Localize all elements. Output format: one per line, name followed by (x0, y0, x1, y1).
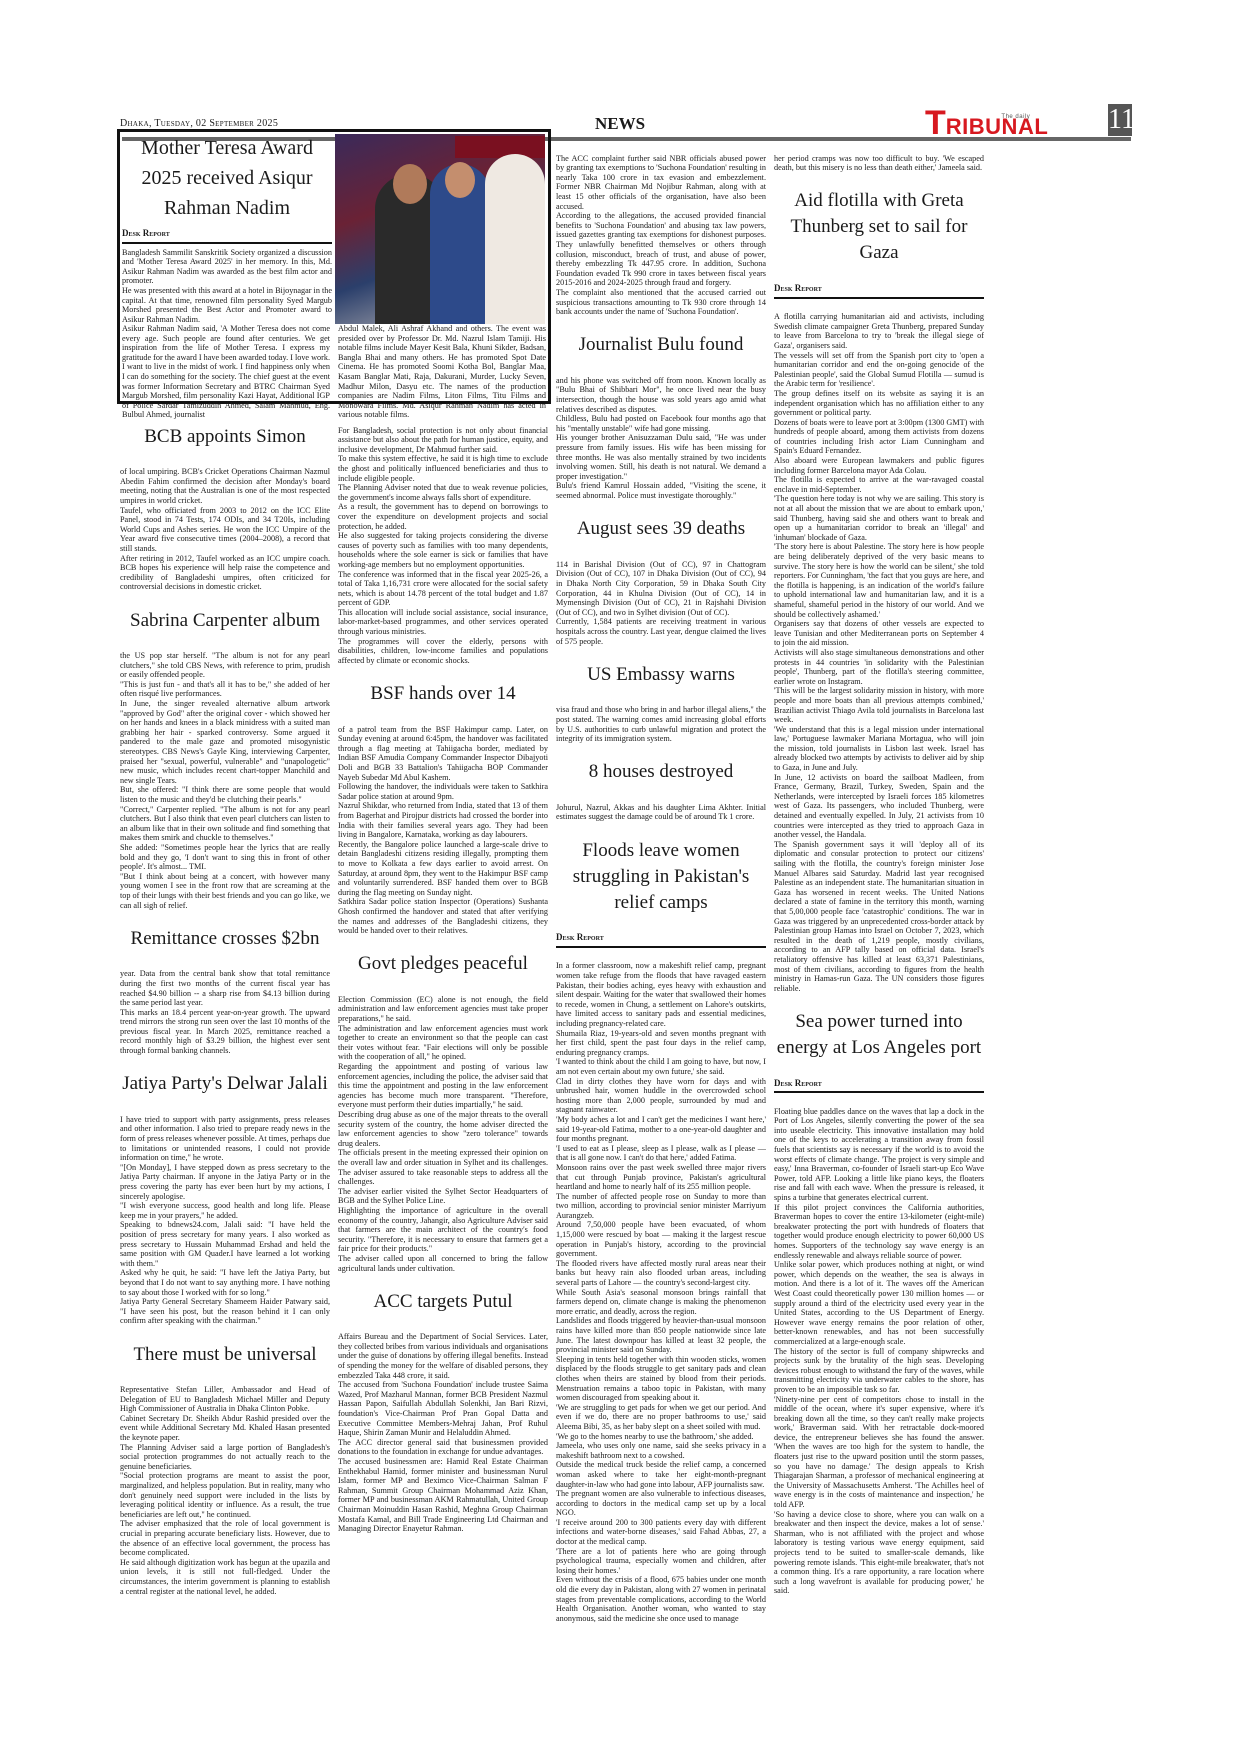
masthead-logo: T The dailyRIBUNAL (925, 104, 1048, 138)
column-2: For Bangladesh, social protection is not… (338, 416, 548, 1626)
featured-article-cont2: Abdul Malek, Ali Ashraf Akhand and other… (338, 324, 546, 420)
article-body: visa fraud and those who bring in and ha… (556, 705, 766, 743)
headline: August sees 39 deaths (556, 516, 766, 542)
logo-initial: T (925, 108, 946, 138)
article-body: year. Data from the central bank show th… (120, 969, 330, 1055)
section-title: NEWS (595, 114, 645, 134)
page-number: 11 (1108, 104, 1132, 136)
logo-tagline: The daily (1001, 106, 1030, 128)
headline: Sea power turned into energy at Los Ange… (774, 1009, 984, 1061)
article-body: her period cramps was now too difficult … (774, 154, 984, 173)
article-body: A flotilla carrying humanitarian aid and… (774, 312, 984, 993)
logo-wordmark: The dailyRIBUNAL (946, 116, 1049, 138)
headline: Mother Teresa Award 2025 received Asiqur… (122, 133, 332, 223)
article-body: Affairs Bureau and the Department of Soc… (338, 1332, 548, 1533)
article-body: Johurul, Nazrul, Akkas and his daughter … (556, 803, 766, 822)
photo-figure (485, 154, 545, 324)
article-body: 114 in Barishal Division (Out of CC), 97… (556, 560, 766, 646)
issue-date: Dhaka, Tuesday, 02 September 2025 (120, 118, 278, 129)
headline: ACC targets Putul (338, 1289, 548, 1315)
photo-banner (455, 136, 545, 158)
article-body: Floating blue paddles dance on the waves… (774, 1107, 984, 1596)
article-body: of a patrol team from the BSF Hakimpur c… (338, 725, 548, 936)
featured-article-cont: Asikur Rahman Nadim said, 'A Mother Tere… (122, 324, 330, 420)
paragraph: Bangladesh Sammilit Sanskritik Society o… (122, 248, 332, 286)
column-3: The ACC complaint further said NBR offic… (556, 144, 766, 1629)
byline: Desk Report (122, 229, 332, 244)
headline: There must be universal (120, 1342, 330, 1368)
article-body: Election Commission (EC) alone is not en… (338, 995, 548, 1273)
byline: Desk Report (556, 933, 766, 948)
article-body: Representative Stefan Liller, Ambassador… (120, 1385, 330, 1596)
photo-face (393, 164, 427, 204)
featured-article: Mother Teresa Award 2025 received Asiqur… (122, 131, 332, 324)
byline: Desk Report (774, 1079, 984, 1094)
article-body: In a former classroom, now a makeshift r… (556, 961, 766, 1623)
column-1: BCB appoints Simon of local umpiring. BC… (120, 408, 330, 1628)
byline: Desk Report (774, 284, 984, 299)
headline: US Embassy warns (556, 662, 766, 688)
headline: Jatiya Party's Delwar Jalali (120, 1071, 330, 1097)
headline: BCB appoints Simon (120, 424, 330, 450)
headline: BSF hands over 14 (338, 681, 548, 707)
column-4: her period cramps was now too difficult … (774, 144, 984, 1629)
headline: Aid flotilla with Greta Thunberg set to … (774, 188, 984, 266)
headline: Floods leave women struggling in Pakista… (556, 838, 766, 916)
article-body: of local umpiring. BCB's Cricket Operati… (120, 467, 330, 592)
headline: Sabrina Carpenter album (120, 608, 330, 634)
paragraph: Abdul Malek, Ali Ashraf Akhand and other… (338, 324, 546, 420)
headline: Govt pledges peaceful (338, 951, 548, 977)
article-body: For Bangladesh, social protection is not… (338, 426, 548, 666)
headline: Journalist Bulu found (556, 332, 766, 358)
article-body: The ACC complaint further said NBR offic… (556, 154, 766, 317)
article-body: I have tried to support with party assig… (120, 1115, 330, 1326)
headline: Remittance crosses $2bn (120, 926, 330, 952)
photo-face (445, 162, 475, 198)
article-body: and his phone was switched off from noon… (556, 376, 766, 501)
award-photo (335, 134, 545, 324)
article-body: the US pop star herself. "The album is n… (120, 651, 330, 910)
paragraph: He was presented with this award at a ho… (122, 286, 332, 324)
headline: 8 houses destroyed (556, 759, 766, 785)
paragraph: Asikur Rahman Nadim said, 'A Mother Tere… (122, 324, 330, 420)
